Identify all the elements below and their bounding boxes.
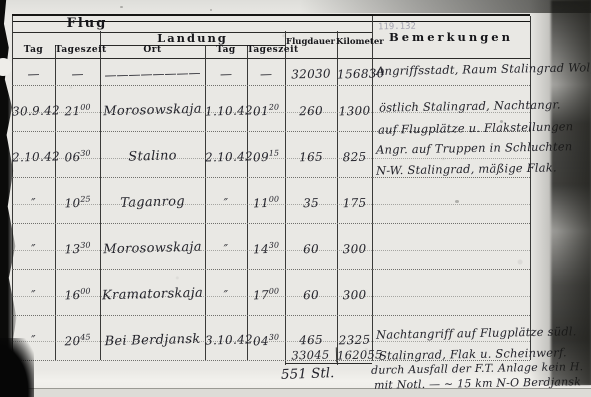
time-hours: 17 [253, 288, 269, 302]
time-minutes: 20 [269, 103, 279, 112]
landing-time: 1700 [247, 282, 286, 303]
flight-duration: 60 [285, 236, 337, 256]
scan-dark-corner [0, 338, 34, 397]
total-kilometers: 162055 [337, 348, 372, 364]
time-hours: 10 [64, 196, 80, 210]
landing-day: — [205, 61, 247, 81]
kilometers: 2325 [337, 328, 372, 348]
flight-duration: 165 [285, 144, 337, 164]
flight-duration: 465 [285, 327, 337, 347]
table-row: 30.9.42 2100 Morosowskaja 1.10.42 0120 2… [12, 85, 372, 132]
time-minutes: 25 [80, 195, 90, 204]
landing-time: 0120 [247, 98, 286, 119]
kilometers: 825 [337, 144, 372, 164]
flight-time: 1600 [55, 281, 101, 302]
header-tag: Tag [12, 45, 55, 55]
time-hours: 11 [253, 196, 269, 210]
header-flug: Flug [32, 16, 142, 31]
header-bemerkungen: Bemerkungen [372, 30, 530, 44]
header-flugdauer: Flugdauer [284, 37, 337, 47]
header-landung: Landung [100, 31, 285, 45]
time-minutes: 00 [80, 287, 90, 296]
table-row-carryforward: — — ———————— — — 32030 156830 [12, 58, 372, 86]
landing-place: Morosowskaja [100, 97, 205, 120]
flight-day: ″ [12, 282, 55, 302]
landing-place: Kramatorskaja [100, 281, 205, 304]
landing-time: 1430 [247, 236, 286, 257]
flight-time: 2100 [55, 97, 101, 118]
header-landung-tageszeit: Tageszeit [247, 45, 285, 55]
time-minutes: 00 [269, 195, 279, 204]
scan-speck [455, 200, 459, 203]
time-hours: 16 [64, 288, 80, 302]
remarks-cell [372, 177, 530, 224]
time-hours: 21 [64, 104, 80, 118]
total-flights-note: 551 Stl. [281, 365, 335, 383]
total-flight-duration: 33045 [285, 347, 337, 363]
flight-duration: 35 [285, 190, 337, 210]
flight-time: 0630 [55, 143, 101, 164]
time-hours: 09 [253, 150, 269, 164]
kilometers: 300 [337, 282, 372, 302]
flight-time: 1330 [55, 235, 101, 256]
landing-time: — [247, 62, 285, 82]
landing-day: ″ [205, 190, 247, 210]
flight-day: — [12, 61, 55, 81]
landing-day: ″ [205, 236, 247, 256]
flight-duration: 260 [285, 98, 337, 118]
scan-speck [210, 9, 212, 11]
header-tageszeit: Tageszeit [55, 45, 100, 55]
landing-day: ″ [205, 282, 247, 302]
logbook-scan-page: Flug Landung Tag Tageszeit Ort Tag Tages… [0, 0, 591, 397]
scan-right-shadow [529, 0, 591, 385]
remarks-cell [372, 269, 530, 316]
flight-day: ″ [12, 236, 55, 256]
landing-day: 3.10.42 [205, 327, 247, 347]
landing-place: Taganrog [100, 189, 205, 212]
kilometers: 1300 [337, 98, 372, 118]
landing-place: Stalino [100, 143, 205, 166]
time-minutes: 45 [80, 332, 90, 341]
landing-time: 1100 [247, 190, 286, 211]
time-hours: 14 [253, 242, 269, 256]
time-minutes: 00 [80, 103, 90, 112]
faint-stamp-number: 119.132 [378, 22, 416, 33]
time-hours: 01 [253, 104, 269, 118]
punch-hole [0, 58, 12, 76]
time-minutes: 30 [269, 241, 279, 250]
header-landung-tag: Tag [205, 45, 247, 55]
time-minutes: 00 [269, 287, 279, 296]
time-hours: 06 [64, 150, 80, 164]
flight-duration: 60 [285, 282, 337, 302]
time-hours: 20 [64, 333, 80, 347]
totals-box: 33045 162055 [285, 348, 372, 364]
landing-time: 0430 [247, 327, 286, 348]
table-row: ″ 1600 Kramatorskaja ″ 1700 60 300 [12, 269, 372, 316]
table-row: 2.10.42 0630 Stalino 2.10.42 0915 165 82… [12, 131, 372, 178]
time-minutes: 30 [269, 332, 279, 341]
landing-time: 0915 [247, 144, 286, 165]
time-minutes: 15 [269, 149, 279, 158]
flight-day: ″ [12, 190, 55, 210]
flight-day: 2.10.42 [12, 144, 55, 164]
flight-day: 30.9.42 [12, 98, 55, 118]
landing-place: ———————— [100, 61, 205, 83]
remarks-cell [372, 223, 530, 270]
landing-day: 1.10.42 [205, 98, 247, 118]
flight-duration: 32030 [285, 61, 337, 81]
landing-place: Bei Berdjansk [100, 326, 205, 349]
time-hours: 13 [64, 242, 80, 256]
flight-time: 1025 [55, 189, 101, 210]
flight-time: — [55, 61, 100, 81]
kilometers: 156830 [337, 62, 372, 82]
table-row: ″ 1330 Morosowskaja ″ 1430 60 300 [12, 223, 372, 270]
time-minutes: 30 [80, 149, 90, 158]
header-kilometer: Kilometer [336, 37, 373, 47]
kilometers: 300 [337, 236, 372, 256]
time-hours: 04 [253, 333, 269, 347]
time-minutes: 30 [80, 241, 90, 250]
header-ort: Ort [100, 45, 205, 55]
table-row: ″ 1025 Taganrog ″ 1100 35 175 [12, 177, 372, 224]
kilometers: 175 [337, 190, 372, 210]
scan-speck [120, 6, 123, 8]
landing-place: Morosowskaja [100, 235, 205, 258]
flight-time: 2045 [55, 327, 101, 348]
landing-day: 2.10.42 [205, 144, 247, 164]
